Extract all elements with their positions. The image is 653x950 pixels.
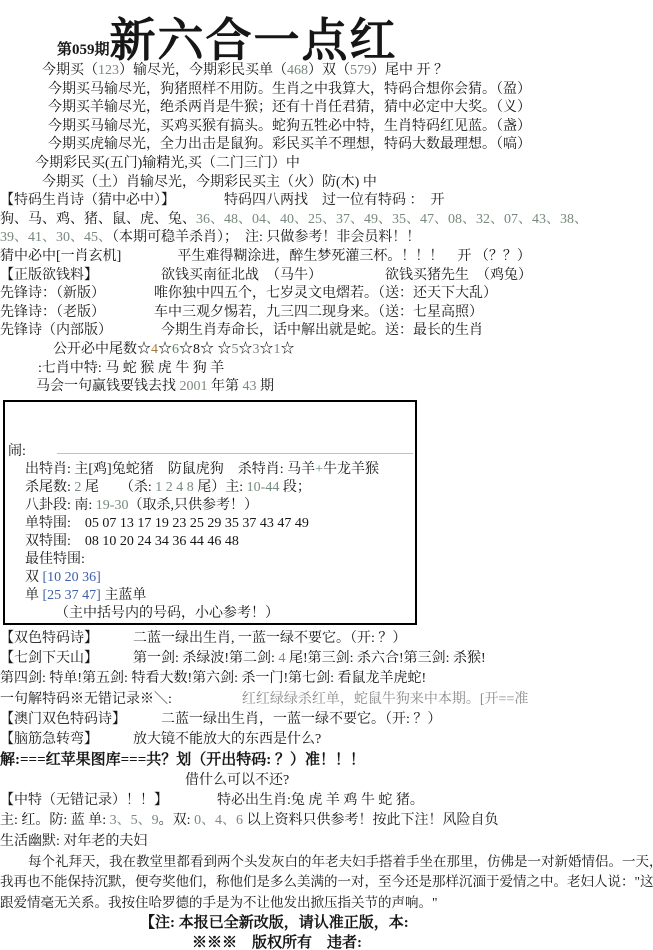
text-segment: 【注: 本报已全新改版，请认准正版，本: — [140, 915, 409, 931]
text-segment: 【脑筋急转弯】 放大镜不能放大的东西是什么? — [0, 732, 321, 747]
text-segment: 单特围: — [25, 516, 85, 531]
text-segment: ☆ — [158, 342, 172, 357]
mid-special-line: 【中特（无错记录）！！】 特必出生肖:兔 虎 羊 鸡 牛 蛇 猪。 — [0, 791, 653, 811]
text-segment: 。双: — [159, 813, 194, 828]
door-tip-line: 今期彩民买(五门)输精光,买（二门三门）中 — [0, 155, 653, 174]
text-segment: [25 37 47] — [43, 588, 101, 603]
humor-paragraph-line: 每个礼拜天，我在教堂里都看到两个头发灰白的年老夫妇手搭着手坐在那里，仿佛是一对新… — [0, 852, 653, 872]
text-segment: 39、41、30、45、 — [0, 230, 112, 245]
text-segment: 【特码生肖诗（猜中必中）】 特码四八两找 过一位有特码 ： 开 — [0, 193, 445, 208]
text-segment: 今期买（土）肖输尽光，今期彩民买主（火）防(木) 中 — [42, 175, 377, 190]
brain-teaser-line: 【脑筋急转弯】 放大镜不能放大的东西是什么? — [0, 730, 653, 750]
text-segment: 尾）主: — [194, 480, 247, 495]
text-segment: 0、4、6 — [194, 813, 243, 828]
text-segment: 段； — [279, 480, 311, 495]
seven-swords-line: 第四剑: 特单!第五剑: 特看大数!第六剑: 杀一门!第七剑: 看鼠龙羊虎蛇! — [0, 669, 653, 689]
text-segment: 借什么可以不还? — [185, 773, 289, 788]
text-segment: ）尾中 开 ？ — [371, 63, 448, 78]
text-segment: 出特肖: 主[鸡]兔蛇猪 防鼠虎狗 杀特肖: 马羊 — [25, 462, 315, 477]
odd-best-row: 单 [25 37 47] 主蓝单 — [5, 587, 415, 605]
text-segment: 1 — [274, 342, 281, 357]
section-yuqian-line: 【正版欲钱料】 欲钱买南征北战 （马牛） 欲钱买猪先生 （鸡兔） — [0, 267, 653, 286]
text-segment: 今期买（ — [42, 63, 98, 78]
verse-line: 今期买虎输尽光，全力出击是鼠狗。彩民买羊不理想，特码大数最理想。（嗃） — [0, 136, 653, 155]
even-best-row: 双 [10 20 36] — [5, 569, 415, 587]
text-segment: 先锋诗：（老版） 车中三观夕惕若，九三四二现身来。（送：七星高照） — [0, 305, 483, 320]
humor-paragraph-line: 跟爱情毫无关系。我按住哈罗德的手是为不让他发出掀压指关节的声响。" — [0, 893, 653, 913]
text-segment: 【双色特码诗】 二蓝一绿出生肖, 一蓝一绿不要它。（开: ？） — [0, 631, 406, 646]
masthead: 第059期 新六合一点红 — [0, 0, 653, 62]
text-segment: 2001 — [180, 379, 208, 394]
text-segment: 3 — [253, 342, 260, 357]
text-segment: ☆ — [260, 342, 274, 357]
text-segment: （主中括号内的号码，小心参考！） — [55, 606, 279, 621]
even-special-row: 双特围: 08 10 20 24 34 36 44 46 48 — [5, 533, 415, 551]
text-segment: 最佳特围: — [25, 552, 85, 567]
pioneer-poem-internal: 先锋诗（内部版） 今期生肖寿命长，话中解出就是蛇。送：最长的生肖 — [0, 322, 653, 341]
divider — [57, 453, 413, 454]
text-segment: ☆ ☆ — [200, 342, 232, 357]
text-segment: ）双（ — [308, 63, 350, 78]
text-segment: 36、48、04、40、25、37、49、35、47、08、32、07、43、3… — [196, 212, 588, 227]
macau-two-color-poem-line: 【澳门双色特码诗】 二蓝一绿出生肖，一蓝一绿不要它。（开: ？） — [0, 710, 653, 730]
text-segment: 1 2 4 8 — [155, 480, 194, 495]
text-segment: 生活幽默: 对年老的夫妇 — [0, 834, 147, 849]
text-segment: 一句解特码※无错记录※＼: — [0, 692, 172, 707]
verse-line: 今期买马输尽光，狗猪照样不用防。生肖之中我算大，特码合想你会猜。（盈） — [0, 81, 653, 100]
text-segment: 今期买马输尽光，狗猪照样不用防。生肖之中我算大，特码合想你会猜。（盈） — [48, 82, 531, 97]
text-segment: 八卦段: 南: — [25, 498, 96, 513]
kill-tail-row: 杀尾数: 2 尾 （杀: 1 2 4 8 尾）主: 10-44 段； — [5, 479, 415, 497]
text-segment: 19-30 — [96, 498, 129, 513]
text-segment: 以上资料只供参考！按此下注！风险自负 — [243, 813, 499, 828]
text-segment: 我再也不能保持沉默，便夸奖他们，称他们是多么美满的一对，至今还是那样沉湎于爱情之… — [0, 874, 653, 889]
text-segment: 05 07 13 17 19 23 25 29 35 37 43 47 49 — [85, 516, 309, 531]
text-segment: 狗、马、鸡、猪、鼠、虎、兔、 — [0, 212, 196, 227]
element-tip-line: 今期买（土）肖输尽光，今期彩民买主（火）防(木) 中 — [0, 174, 653, 193]
text-segment: 4 — [151, 342, 158, 357]
text-segment: 马会一句赢钱要钱去找 — [36, 379, 180, 394]
copyright-line: ※※※ 版权所有 违者: — [0, 933, 653, 950]
one-sentence-decode-line: 一句解特码※无错记录※＼: 红红绿绿杀红单，蛇鼠牛狗来中本期。[开==准 — [0, 690, 653, 710]
best-special-label: 最佳特围: — [5, 551, 415, 569]
text-segment: 今期买羊输尽光，绝杀两肖是牛猴；还有十肖任君猜，猜中必定中大奖。（义） — [48, 100, 531, 115]
text-segment: ☆ — [179, 342, 193, 357]
verse-line: 今期买马输尽光，买鸡买猴有搞头。蛇狗五牲必中特，生肖特码红见蓝。（盏） — [0, 118, 653, 137]
text-segment: 3、5、9 — [110, 813, 159, 828]
text-segment: 6 — [172, 342, 179, 357]
text-segment: 123 — [98, 63, 119, 78]
text-segment: 双 — [25, 570, 43, 585]
text-segment: 【七剑下天山】 第一剑: 杀绿波!第二剑: — [0, 651, 278, 666]
page-title: 新六合一点红 — [110, 20, 398, 62]
text-segment: 期 — [257, 379, 275, 394]
pioneer-poem-new: 先锋诗：（新版） 唯你独中四五个，七岁灵文电熠若。（送：还天下大乱） — [0, 285, 653, 304]
box-spacer — [5, 402, 415, 443]
text-segment: 公开必中尾数☆ — [53, 342, 151, 357]
text-segment: 牛龙羊猴 — [323, 462, 379, 477]
text-segment: 跟爱情毫无关系。我按住哈罗德的手是为不让他发出掀压指关节的声响。" — [0, 895, 438, 910]
edition-notice-line: 【注: 本报已全新改版，请认准正版，本: — [0, 913, 653, 933]
humor-paragraph-line: 我再也不能保持沉默，便夸奖他们，称他们是多么美满的一对，至今还是那样沉湎于爱情之… — [0, 872, 653, 892]
text-segment: 08 10 20 24 34 36 44 46 48 — [85, 534, 239, 549]
text-segment: 第四剑: 特单!第五剑: 特看大数!第六剑: 杀一门!第七剑: 看鼠龙羊虎蛇! — [0, 671, 426, 686]
seven-swords-line: 【七剑下天山】 第一剑: 杀绿波!第二剑: 4 尾!第三剑: 杀六合!第三剑: … — [0, 649, 653, 669]
section-zodiac-poem: 【特码生肖诗（猜中必中）】 特码四八两找 过一位有特码 ： 开 — [0, 192, 653, 211]
pioneer-poem-old: 先锋诗：（老版） 车中三观夕惕若，九三四二现身来。（送：七星高照） — [0, 304, 653, 323]
text-segment: ☆ — [239, 342, 253, 357]
bagua-segment-row: 八卦段: 南: 19-30（取杀,只供参考！） — [5, 497, 415, 515]
two-color-poem-line: 【双色特码诗】 二蓝一绿出生肖, 一蓝一绿不要它。（开: ？） — [0, 629, 653, 649]
main-guard-line: 主: 红。防: 蓝 单: 3、5、9。双: 0、4、6 以上资料只供参考！按此下… — [0, 811, 653, 831]
seven-zodiac-line: :七肖中特: 马 蛇 猴 虎 牛 狗 羊 — [0, 360, 653, 379]
text-segment: 43 — [243, 379, 257, 394]
text-segment: 猜中必中[一肖玄机] 平生难得糊涂进，醉生梦死灌三杯。！！！ 开 （？？） — [0, 249, 531, 264]
text-segment: 579 — [350, 63, 371, 78]
text-segment: 闹: — [8, 444, 26, 459]
prediction-box: 闹: 出特肖: 主[鸡]兔蛇猪 防鼠虎狗 杀特肖: 马羊+牛龙羊猴 杀尾数: 2… — [3, 400, 417, 625]
text-segment: 每个礼拜天，我在教堂里都看到两个头发灰白的年老夫妇手搭着手坐在那里，仿佛是一对新… — [28, 854, 653, 869]
text-segment: 主: 红。防: 蓝 单: — [0, 813, 110, 828]
odd-special-row: 单特围: 05 07 13 17 19 23 25 29 35 37 43 47… — [5, 515, 415, 533]
text-segment: 杀尾数: — [25, 480, 74, 495]
text-segment: + — [315, 462, 323, 477]
text-segment: 尾 （杀: — [81, 480, 155, 495]
text-segment: [10 20 36] — [43, 570, 101, 585]
text-segment: 10-44 — [247, 480, 280, 495]
humor-title-line: 生活幽默: 对年老的夫妇 — [0, 832, 653, 852]
text-segment: 今期买虎输尽光，全力出击是鼠狗。彩民买羊不理想，特码大数最理想。（嗃） — [48, 137, 531, 152]
text-segment: 解:===红苹果图库===共？划（开出特码: ？）准！！！ — [0, 752, 365, 768]
text-segment: 8 — [193, 342, 200, 357]
text-segment: 今期买马输尽光，买鸡买猴有搞头。蛇狗五牲必中特，生肖特码红见蓝。（盏） — [48, 119, 531, 134]
newspaper-page: 第059期 新六合一点红 今期买（123）输尽光，今期彩民买单（468）双（57… — [0, 0, 653, 950]
red-apple-gallery-line: 解:===红苹果图库===共？划（开出特码: ？）准！！！ — [0, 750, 653, 770]
headline-tip-line: 今期买（123）输尽光，今期彩民买单（468）双（579）尾中 开 ？ — [0, 62, 653, 81]
text-segment: 今期彩民买(五门)输精光,买（二门三门）中 — [35, 156, 300, 171]
zodiac-number-row: 狗、马、鸡、猪、鼠、虎、兔、36、48、04、40、25、37、49、35、47… — [0, 211, 653, 230]
issue-number: 第059期 — [57, 43, 110, 62]
text-segment: 红红绿绿杀红单，蛇鼠牛狗来中本期。[开==准 — [172, 692, 528, 707]
text-segment: :七肖中特: 马 蛇 猴 虎 牛 狗 羊 — [38, 361, 224, 376]
text-segment: 主蓝单 — [101, 588, 147, 603]
riddle-line: 借什么可以不还? — [0, 771, 653, 791]
tail-numbers-line: 公开必中尾数☆4☆6☆8☆ ☆5☆3☆1☆ — [0, 341, 653, 360]
text-segment: 尾!第三剑: 杀六合!第三剑: 杀猴! — [285, 651, 485, 666]
text-segment: （本期可稳羊杀肖）； 注: 只做参考！非会员料！！ — [112, 230, 420, 245]
horse-club-tip-line: 马会一句赢钱要钱去找 2001 年第 43 期 — [0, 378, 653, 397]
text-segment: 年第 — [208, 379, 243, 394]
text-segment: （取杀,只供参考！） — [128, 498, 258, 513]
text-segment: ☆ — [281, 342, 295, 357]
zodiac-number-row: 39、41、30、45、（本期可稳羊杀肖）； 注: 只做参考！非会员料！！ — [0, 229, 653, 248]
text-segment: 【中特（无错记录）！！】 特必出生肖:兔 虎 羊 鸡 牛 蛇 猪。 — [0, 793, 424, 808]
one-zodiac-mystery-line: 猜中必中[一肖玄机] 平生难得糊涂进，醉生梦死灌三杯。！！！ 开 （？？） — [0, 248, 653, 267]
text-segment: 单 — [25, 588, 43, 603]
text-segment: 【正版欲钱料】 欲钱买南征北战 （马牛） 欲钱买猪先生 （鸡兔） — [0, 268, 532, 283]
text-segment: ※※※ 版权所有 违者: — [192, 935, 362, 950]
verse-line: 今期买羊输尽光，绝杀两肖是牛猴；还有十肖任君猜，猜中必定中大奖。（义） — [0, 99, 653, 118]
text-segment: 5 — [232, 342, 239, 357]
box-label: 闹: — [5, 443, 415, 461]
text-segment: 468 — [287, 63, 308, 78]
special-zodiac-row: 出特肖: 主[鸡]兔蛇猪 防鼠虎狗 杀特肖: 马羊+牛龙羊猴 — [5, 461, 415, 479]
text-segment: 【澳门双色特码诗】 二蓝一绿出生肖，一蓝一绿不要它。（开: ？） — [0, 712, 441, 727]
text-segment: 双特围: — [25, 534, 85, 549]
text-segment: 先锋诗（内部版） 今期生肖寿命长，话中解出就是蛇。送：最长的生肖 — [0, 323, 483, 338]
text-segment: 先锋诗：（新版） 唯你独中四五个，七岁灵文电熠若。（送：还天下大乱） — [0, 286, 497, 301]
text-segment: ）输尽光，今期彩民买单（ — [119, 63, 287, 78]
box-caution-note: （主中括号内的号码，小心参考！） — [5, 605, 415, 623]
